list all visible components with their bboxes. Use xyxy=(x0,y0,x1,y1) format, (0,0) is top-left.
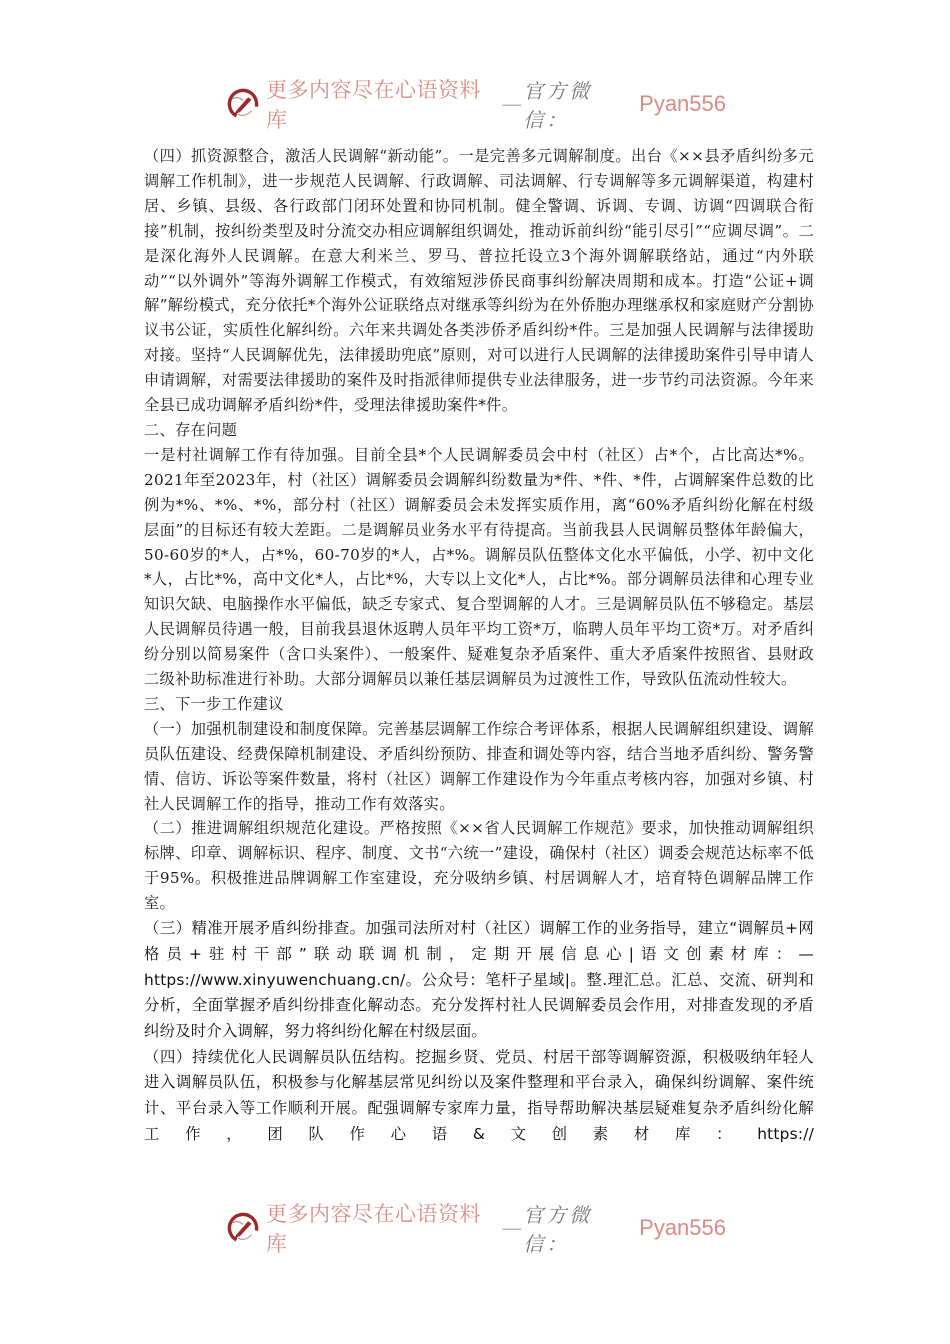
banner-dash: — xyxy=(501,92,522,116)
paragraph-suggestion-screening: （三）精准开展矛盾纠纷排查。加强司法所对村（社区）调解工作的业务指导，建立“调解… xyxy=(144,916,814,1045)
paragraph-suggestion-standardization: （二）推进调解组织规范化建设。严格按照《××省人民调解工作规范》要求，加快推动调… xyxy=(144,816,814,916)
paragraph-suggestion-mechanism: （一）加强机制建设和制度保障。完善基层调解工作综合考评体系，根据人民调解组织建设… xyxy=(144,717,814,817)
paragraph-problems: 一是村社调解工作有待加强。目前全县*个人民调解委员会中村（社区）占*个，占比高达… xyxy=(144,443,814,692)
banner-main-text: 更多内容尽在心语资料库 xyxy=(266,1198,500,1258)
quill-pen-logo-icon xyxy=(226,1211,260,1245)
quill-pen-logo-icon xyxy=(226,87,260,121)
banner-wechat-id: Pyan556 xyxy=(639,91,726,117)
paragraph-resource-integration: （四）抓资源整合，激活人民调解“新动能”。一是完善多元调解制度。出台《××县矛盾… xyxy=(144,144,814,418)
banner-main-text: 更多内容尽在心语资料库 xyxy=(266,74,500,134)
paragraph-suggestion-team-structure: （四）持续优化人民调解员队伍结构。挖掘乡贤、党员、村居干部等调解资源，积极吸纳年… xyxy=(144,1045,814,1148)
banner-official-label: 官方微信： xyxy=(523,75,637,133)
banner-dash: — xyxy=(501,1216,522,1240)
banner-wechat-id: Pyan556 xyxy=(639,1215,726,1241)
document-body: （四）抓资源整合，激活人民调解“新动能”。一是完善多元调解制度。出台《××县矛盾… xyxy=(144,144,814,1147)
banner-official-label: 官方微信： xyxy=(523,1199,637,1257)
section-heading-problems: 二、存在问题 xyxy=(144,418,814,443)
section-heading-next-steps: 三、下一步工作建议 xyxy=(144,692,814,717)
footer-banner: 更多内容尽在心语资料库 — 官方微信： Pyan556 xyxy=(226,1208,726,1248)
header-banner: 更多内容尽在心语资料库 — 官方微信： Pyan556 xyxy=(226,84,726,124)
